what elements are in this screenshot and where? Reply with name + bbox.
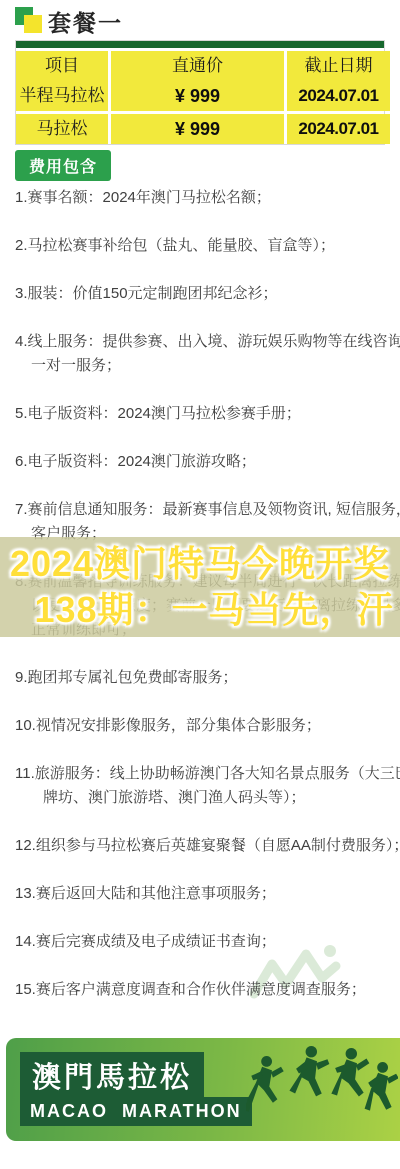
fee-includes-button[interactable]: 费用包含 xyxy=(15,150,111,181)
service-item-line: 14.赛后完赛成绩及电子成绩证书查询； xyxy=(15,930,395,954)
price-table: 项目直通价截止日期 半程马拉松¥ 9992024.07.01马拉松¥ 99920… xyxy=(15,40,385,145)
macao-marathon-title-en: MACAO MARATHON xyxy=(20,1097,252,1126)
package-title: 套餐一 xyxy=(48,5,123,38)
service-item: 10.视情况安排影像服务，部分集体合影服务； xyxy=(15,714,395,738)
table-row: 马拉松¥ 9992024.07.01 xyxy=(16,114,384,144)
service-item: 15.赛后客户满意度调查和合作伙伴满意度调查服务； xyxy=(15,978,395,1002)
table-row: 半程马拉松¥ 9992024.07.01 xyxy=(16,81,384,111)
table-cell: 2024.07.01 xyxy=(287,114,390,144)
service-item-line: 一对一服务； xyxy=(15,354,395,378)
service-item: 6.电子版资料：2024澳门旅游攻略； xyxy=(15,450,395,474)
service-item: 14.赛后完赛成绩及电子成绩证书查询； xyxy=(15,930,395,954)
lottery-overlay-banner: 2024澳门特马今晚开奖 138期：一马当先，汗 xyxy=(0,537,400,637)
runners-silhouette-icon xyxy=(246,1042,398,1140)
service-item-line: 7.赛前信息通知服务：最新赛事信息及领物资讯, 短信服务， xyxy=(15,498,395,522)
service-item-line: 4.线上服务：提供参赛、出入境、游玩娱乐购物等在线咨询 xyxy=(15,330,395,354)
footer-banner: 澳門馬拉松 MACAO MARATHON xyxy=(6,1038,400,1141)
service-item-line: 13.赛后返回大陆和其他注意事项服务； xyxy=(15,882,395,906)
service-item: 11.旅游服务：线上协助畅游澳门各大知名景点服务（大三巴牌坊、澳门旅游塔、澳门渔… xyxy=(15,762,395,810)
service-item-line: 10.视情况安排影像服务，部分集体合影服务； xyxy=(15,714,395,738)
service-item: 5.电子版资料：2024澳门马拉松参赛手册； xyxy=(15,402,395,426)
service-item-line: 3.服装：价值150元定制跑团邦纪念衫； xyxy=(15,282,395,306)
table-body: 半程马拉松¥ 9992024.07.01马拉松¥ 9992024.07.01 xyxy=(16,81,384,144)
service-item: 13.赛后返回大陆和其他注意事项服务； xyxy=(15,882,395,906)
table-cell: ¥ 999 xyxy=(111,81,284,111)
service-item-line: 2.马拉松赛事补给包（盐丸、能量胶、盲盒等）； xyxy=(15,234,395,258)
service-item: 2.马拉松赛事补给包（盐丸、能量胶、盲盒等）； xyxy=(15,234,395,258)
table-header-row: 项目直通价截止日期 xyxy=(16,51,384,81)
table-header-cell: 截止日期 xyxy=(287,51,390,81)
macao-marathon-title-zh: 澳門馬拉松 xyxy=(20,1052,204,1101)
service-item: 9.跑团邦专属礼包免费邮寄服务； xyxy=(15,666,395,690)
service-item: 3.服装：价值150元定制跑团邦纪念衫； xyxy=(15,282,395,306)
service-item: 12.组织参与马拉松赛后英雄宴聚餐（自愿AA制付费服务）； xyxy=(15,834,395,858)
lottery-headline-line2: 138期：一马当先，汗 xyxy=(34,587,393,633)
service-item: 4.线上服务：提供参赛、出入境、游玩娱乐购物等在线咨询一对一服务； xyxy=(15,330,395,378)
table-header-cell: 直通价 xyxy=(111,51,284,81)
yellow-square-icon xyxy=(24,15,42,33)
service-item-line: 5.电子版资料：2024澳门马拉松参赛手册； xyxy=(15,402,395,426)
service-item-line: 15.赛后客户满意度调查和合作伙伴满意度调查服务； xyxy=(15,978,395,1002)
service-item: 1.赛事名额：2024年澳门马拉松名额； xyxy=(15,186,395,210)
table-header-cell: 项目 xyxy=(16,51,108,81)
table-top-bar xyxy=(16,41,384,48)
table-cell: ¥ 999 xyxy=(111,114,284,144)
service-item-line: 1.赛事名额：2024年澳门马拉松名额； xyxy=(15,186,395,210)
table-cell: 马拉松 xyxy=(16,114,108,144)
service-item-line: 9.跑团邦专属礼包免费邮寄服务； xyxy=(15,666,395,690)
service-item-line: 牌坊、澳门旅游塔、澳门渔人码头等）； xyxy=(15,786,395,810)
table-cell: 半程马拉松 xyxy=(16,81,108,111)
table-cell: 2024.07.01 xyxy=(287,81,390,111)
service-item-line: 12.组织参与马拉松赛后英雄宴聚餐（自愿AA制付费服务）； xyxy=(15,834,395,858)
service-item-line: 6.电子版资料：2024澳门旅游攻略； xyxy=(15,450,395,474)
lottery-headline-line1: 2024澳门特马今晚开奖 xyxy=(10,541,390,587)
service-item-line: 11.旅游服务：线上协助畅游澳门各大知名景点服务（大三巴 xyxy=(15,762,395,786)
